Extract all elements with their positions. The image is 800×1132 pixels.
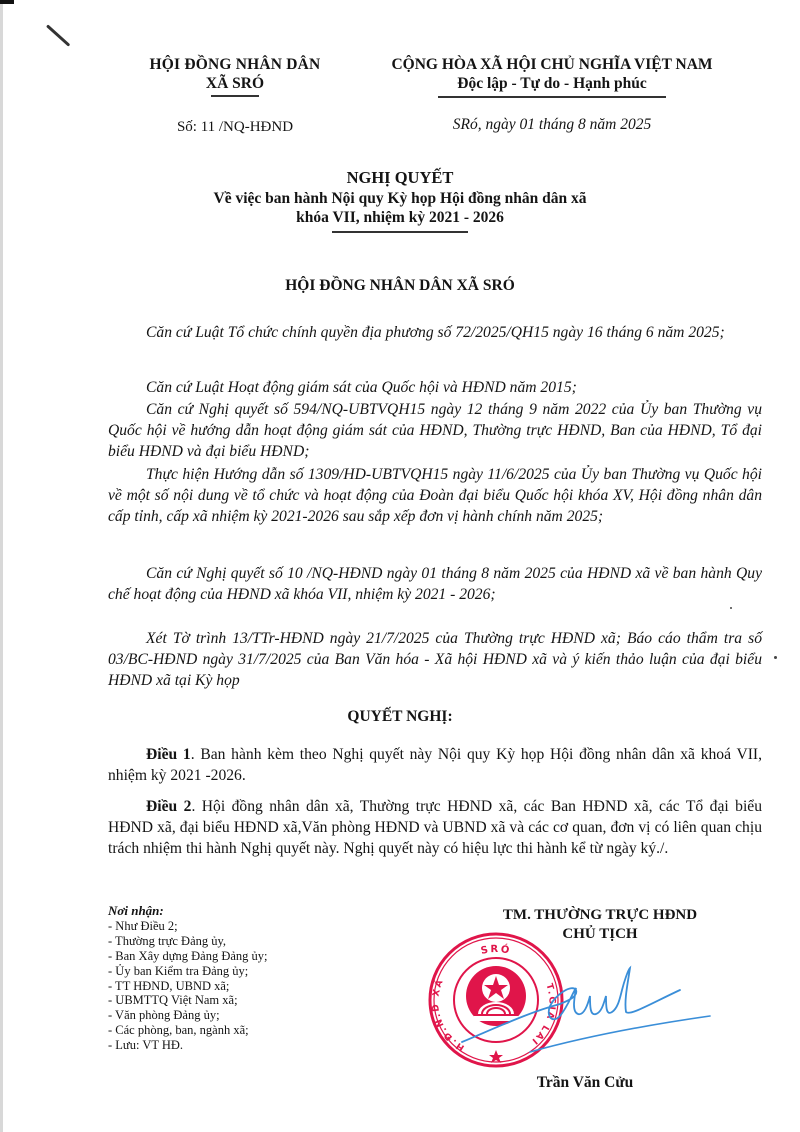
preamble-item: Xét Tờ trình 13/TTr-HĐND ngày 21/7/2025 … bbox=[108, 628, 762, 691]
recipient-item: - Văn phòng Đảng ủy; bbox=[108, 1008, 338, 1023]
article-label: Điều 1 bbox=[146, 746, 191, 763]
recipient-item: - Các phòng, ban, ngành xã; bbox=[108, 1023, 338, 1038]
place-date: SRó, ngày 01 tháng 8 năm 2025 bbox=[362, 116, 742, 134]
document-number: Số: 11 /NQ-HĐND bbox=[110, 119, 360, 136]
article-text: . Ban hành kèm theo Nghị quyết này Nội q… bbox=[108, 746, 762, 784]
preamble-item: Căn cứ Nghị quyết số 10 /NQ-HĐND ngày 01… bbox=[108, 563, 762, 605]
svg-text:SRÓ: SRÓ bbox=[480, 942, 513, 957]
recipients-heading: Nơi nhận: bbox=[108, 904, 338, 919]
recipient-item: - Ban Xây dựng Đảng Đảng ủy; bbox=[108, 949, 338, 964]
scan-speck bbox=[730, 607, 732, 609]
preamble-text: Căn cứ Luật Tổ chức chính quyền địa phươ… bbox=[146, 324, 725, 341]
document-title: NGHỊ QUYẾT Về việc ban hành Nội quy Kỳ h… bbox=[150, 168, 650, 233]
article-label: Điều 2 bbox=[146, 798, 191, 815]
subject-line-1: Về việc ban hành Nội quy Kỳ họp Hội đồng… bbox=[150, 190, 650, 208]
preamble-item: Căn cứ Luật Hoạt động giám sát của Quốc … bbox=[108, 377, 762, 398]
preamble-text: Thực hiện Hướng dẫn số 1309/HD-UBTVQH15 … bbox=[108, 466, 762, 525]
recipients-list: Nơi nhận: - Như Điều 2; - Thường trực Đả… bbox=[108, 904, 338, 1053]
issuer-underline bbox=[211, 95, 259, 97]
recipient-item: - Lưu: VT HĐ. bbox=[108, 1038, 338, 1053]
subject-line-2: khóa VII, nhiệm kỳ 2021 - 2026 bbox=[150, 209, 650, 227]
document-page: HỘI ĐỒNG NHÂN DÂN XÃ SRÓ Số: 11 /NQ-HĐND… bbox=[0, 0, 800, 1132]
scan-speck bbox=[774, 656, 777, 659]
issuer-org: HỘI ĐỒNG NHÂN DÂN bbox=[110, 56, 360, 74]
article-2: Điều 2. Hội đồng nhân dân xã, Thường trự… bbox=[108, 796, 762, 859]
nation-name: CỘNG HÒA XÃ HỘI CHỦ NGHĨA VIỆT NAM bbox=[362, 56, 742, 74]
council-heading: HỘI ĐỒNG NHÂN DÂN XÃ SRÓ bbox=[150, 277, 650, 295]
preamble-text: Xét Tờ trình 13/TTr-HĐND ngày 21/7/2025 … bbox=[108, 630, 762, 689]
preamble-item: Căn cứ Nghị quyết số 594/NQ-UBTVQH15 ngà… bbox=[108, 399, 762, 462]
decision-heading: QUYẾT NGHỊ: bbox=[150, 708, 650, 726]
on-behalf-of: TM. THƯỜNG TRỰC HĐND bbox=[450, 907, 750, 924]
preamble-text: Căn cứ Nghị quyết số 10 /NQ-HĐND ngày 01… bbox=[108, 565, 762, 603]
article-text: . Hội đồng nhân dân xã, Thường trực HĐND… bbox=[108, 798, 762, 857]
article-1: Điều 1. Ban hành kèm theo Nghị quyết này… bbox=[108, 744, 762, 786]
recipient-item: - Thường trực Đảng ủy, bbox=[108, 934, 338, 949]
scan-edge bbox=[0, 0, 3, 1132]
document-type: NGHỊ QUYẾT bbox=[150, 168, 650, 188]
recipient-item: - UBMTTQ Việt Nam xã; bbox=[108, 993, 338, 1008]
preamble-item: Thực hiện Hướng dẫn số 1309/HD-UBTVQH15 … bbox=[108, 464, 762, 527]
national-header: CỘNG HÒA XÃ HỘI CHỦ NGHĨA VIỆT NAM Độc l… bbox=[362, 56, 742, 134]
scan-scratch-mark bbox=[46, 24, 70, 46]
handwritten-signature bbox=[460, 960, 720, 1060]
title-underline bbox=[332, 231, 468, 233]
recipient-item: - Như Điều 2; bbox=[108, 919, 338, 934]
scan-corner-mark bbox=[0, 0, 14, 4]
preamble-item: Căn cứ Luật Tổ chức chính quyền địa phươ… bbox=[108, 322, 762, 343]
recipient-item: - Ủy ban Kiểm tra Đảng ủy; bbox=[108, 964, 338, 979]
motto-underline bbox=[438, 96, 666, 98]
recipient-item: - TT HĐND, UBND xã; bbox=[108, 979, 338, 994]
signer-name: Trần Văn Cửu bbox=[450, 1074, 720, 1092]
issuer-unit: XÃ SRÓ bbox=[206, 75, 264, 93]
preamble-text: Căn cứ Luật Hoạt động giám sát của Quốc … bbox=[146, 379, 577, 396]
preamble-text: Căn cứ Nghị quyết số 594/NQ-UBTVQH15 ngà… bbox=[108, 401, 762, 460]
issuer-header: HỘI ĐỒNG NHÂN DÂN XÃ SRÓ Số: 11 /NQ-HĐND bbox=[110, 56, 360, 136]
national-motto: Độc lập - Tự do - Hạnh phúc bbox=[362, 75, 742, 93]
